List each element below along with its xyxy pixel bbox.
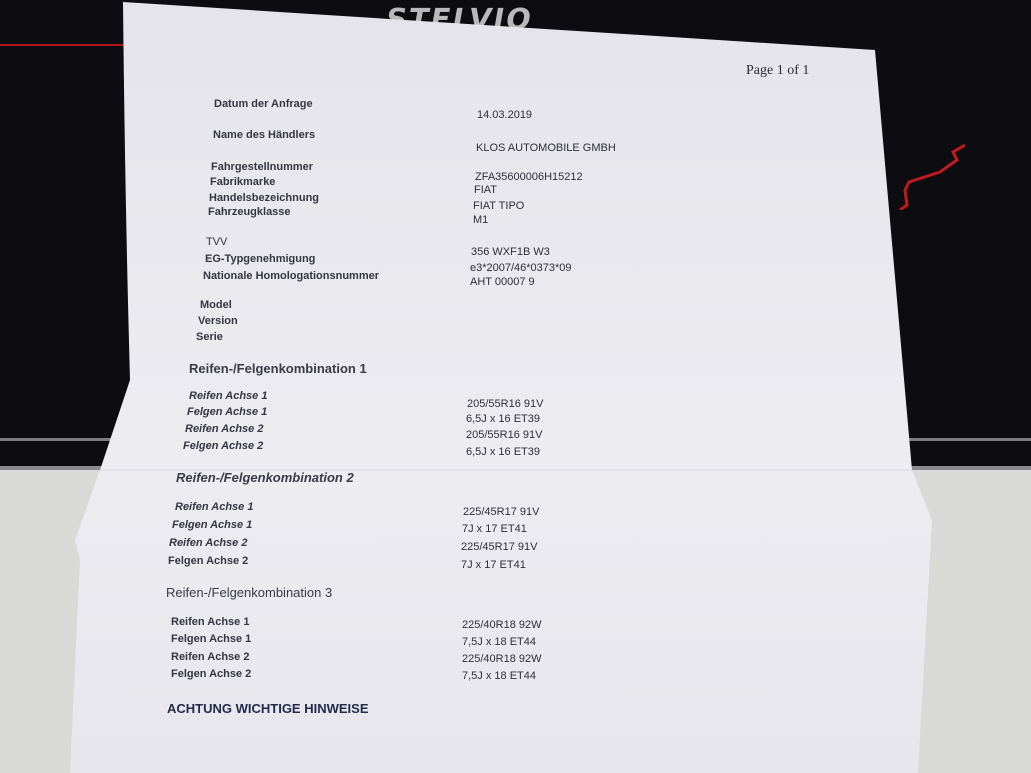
field-value: KLOS AUTOMOBILE GMBH <box>476 142 616 154</box>
field-value: 14.03.2019 <box>477 109 532 121</box>
field-label: Felgen Achse 2 <box>168 555 248 567</box>
field-label: Reifen Achse 2 <box>171 651 249 663</box>
field-value: 6,5J x 16 ET39 <box>466 413 540 425</box>
field-label: Felgen Achse 1 <box>171 633 251 645</box>
field-value: ZFA35600006H15212 <box>475 171 583 183</box>
section-heading: Reifen-/Felgenkombination 3 <box>166 585 332 600</box>
field-value: 356 WXF1B W3 <box>471 246 550 258</box>
field-value: 225/45R17 91V <box>463 506 539 518</box>
field-value: 7J x 17 ET41 <box>462 523 527 535</box>
field-value: 225/40R18 92W <box>462 653 542 665</box>
field-label: Reifen Achse 1 <box>189 390 267 402</box>
field-label: Nationale Homologationsnummer <box>203 270 379 282</box>
field-label: EG-Typgenehmigung <box>205 253 315 265</box>
field-label: Reifen Achse 1 <box>175 501 253 513</box>
field-value: 225/45R17 91V <box>461 541 537 553</box>
field-label: Reifen Achse 1 <box>171 616 249 628</box>
field-value: 205/55R16 91V <box>467 398 543 410</box>
field-value: AHT 00007 9 <box>470 276 535 288</box>
section-heading: Reifen-/Felgenkombination 2 <box>176 470 354 485</box>
field-label: Reifen Achse 2 <box>169 537 247 549</box>
field-label: Felgen Achse 1 <box>172 519 252 531</box>
field-label: Version <box>198 315 238 327</box>
field-value: 7,5J x 18 ET44 <box>462 636 536 648</box>
field-value: 6,5J x 16 ET39 <box>466 446 540 458</box>
field-label: Fahrzeugklasse <box>208 206 291 218</box>
page-indicator: Page 1 of 1 <box>746 63 809 79</box>
field-value: 7,5J x 18 ET44 <box>462 670 536 682</box>
field-label: Reifen Achse 2 <box>185 423 263 435</box>
field-value: 205/55R16 91V <box>466 429 542 441</box>
field-value: M1 <box>473 214 488 226</box>
field-value: e3*2007/46*0373*09 <box>470 262 572 274</box>
field-label: Handelsbezeichnung <box>209 192 319 204</box>
field-label: Serie <box>196 331 223 343</box>
field-value: 225/40R18 92W <box>462 619 542 631</box>
field-value: FIAT <box>474 184 497 196</box>
warning-heading: ACHTUNG WICHTIGE HINWEISE <box>167 701 369 716</box>
field-value: FIAT TIPO <box>473 200 524 212</box>
field-label: Felgen Achse 2 <box>171 668 251 680</box>
field-label: Model <box>200 299 232 311</box>
field-label: Fabrikmarke <box>210 176 275 188</box>
field-label: Fahrgestellnummer <box>211 161 313 173</box>
field-value: 7J x 17 ET41 <box>461 559 526 571</box>
field-label: Name des Händlers <box>213 129 315 141</box>
field-label: Datum der Anfrage <box>214 98 313 110</box>
section-heading: Reifen-/Felgenkombination 1 <box>189 361 367 376</box>
field-label: TVV <box>206 236 227 248</box>
field-label: Felgen Achse 2 <box>183 440 263 452</box>
field-label: Felgen Achse 1 <box>187 406 267 418</box>
